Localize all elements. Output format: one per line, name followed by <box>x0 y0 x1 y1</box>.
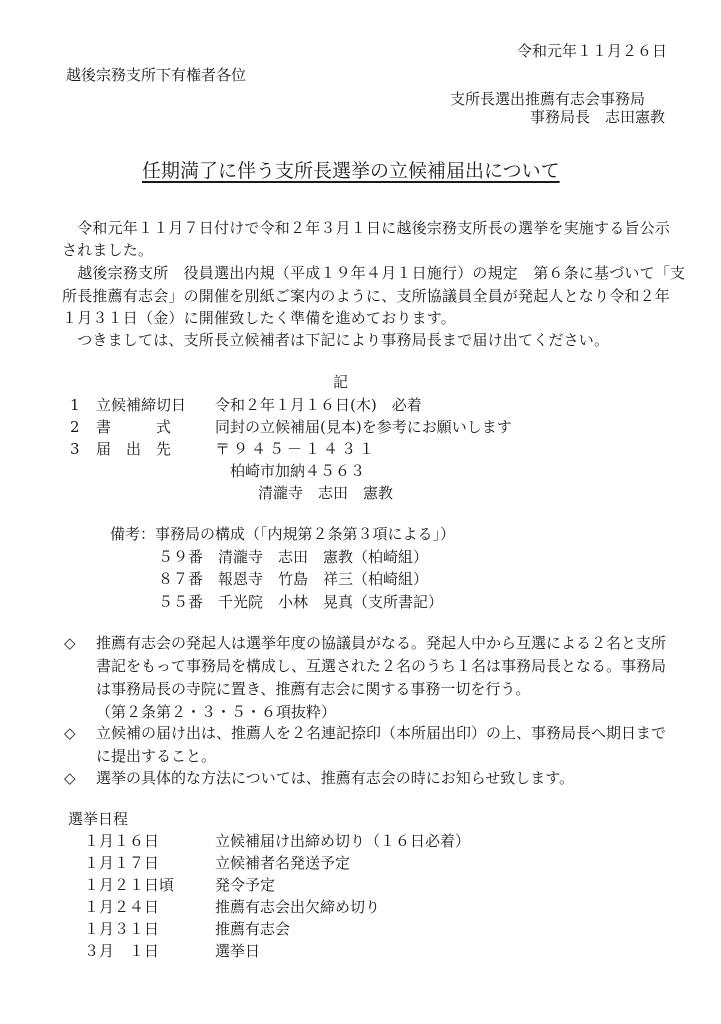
schedule-date: ３月 １日 <box>84 944 159 959</box>
notice-item-label: 届 出 先 <box>96 442 171 457</box>
body-line: 令和元年１１月７日付けで令和２年３月１日に越後宗務支所長の選挙を実施する旨公示 <box>62 221 670 236</box>
notice-item-value: 令和２年１月１６日(木) 必着 <box>215 398 422 413</box>
schedule-date: １月２１日頃 <box>84 878 174 893</box>
sender-name: 事務局長 志田憲教 <box>530 110 665 125</box>
diamond-bullet-icon: ◇ <box>64 771 76 786</box>
schedule-heading: 選挙日程 <box>68 812 128 827</box>
schedule-event: 推薦有志会 <box>215 922 290 937</box>
schedule-date: １月３１日 <box>84 922 159 937</box>
notice-item-label: 書 式 <box>96 420 171 435</box>
notice-item-value: 同封の立候補届(見本)を参考にお願いします <box>215 420 512 435</box>
schedule-event: 推薦有志会出欠締め切り <box>215 900 380 915</box>
remarks-member: ５９番 清瀧寺 志田 憲教（柏崎組） <box>158 550 428 565</box>
notice-item-number: 3 <box>70 442 80 457</box>
notice-heading: 記 <box>333 375 348 390</box>
bullet-line: 立候補の届け出は、推薦人を２名連記捺印（本所届出印）の上、事務局長へ期日まで <box>96 726 666 741</box>
postal-code: 〒９４５－１４３１ <box>215 442 377 457</box>
address-name: 清瀧寺 志田 憲教 <box>258 486 393 501</box>
diamond-bullet-icon: ◇ <box>64 636 76 651</box>
schedule-event: 発令予定 <box>215 878 275 893</box>
body-line: されました。 <box>62 243 153 258</box>
bullet-line: に提出すること。 <box>96 749 216 764</box>
body-line: １月３１日（金）に開催致したく準備を進めております。 <box>62 311 456 326</box>
address-line: 柏崎市加納４５６３ <box>230 464 365 479</box>
bullet-line: 推薦有志会の発起人は選挙年度の協議員がなる。発起人中から互選による２名と支所 <box>96 636 666 651</box>
remarks-member: ５５番 千光院 小林 晃真（支所書記） <box>158 595 443 610</box>
notice-item-number: 2 <box>70 420 80 435</box>
bullet-line: 選挙の具体的な方法については、推薦有志会の時にお知らせ致します。 <box>96 771 574 786</box>
body-line: 所長推薦有志会」の開催を別紙ご案内のように、支所協議員全員が発起人となり令和２年 <box>62 289 670 304</box>
schedule-event: 立候補届け出締め切り（１６日必着） <box>215 834 470 849</box>
document-title: 任期満了に伴う支所長選挙の立候補届出について <box>142 162 560 181</box>
diamond-bullet-icon: ◇ <box>64 726 76 741</box>
bullet-line: 書記をもって事務局を構成し、互選された２名のうち１名は事務局長となる。事務局 <box>96 659 666 674</box>
notice-item-label: 立候補締切日 <box>96 398 186 413</box>
schedule-event: 選挙日 <box>215 944 260 959</box>
bullet-line: （第２条第２・３・５・６項抜粋） <box>96 705 336 720</box>
schedule-date: １月１６日 <box>84 834 159 849</box>
document-date: 令和元年１１月２６日 <box>517 44 667 59</box>
addressee: 越後宗務支所下有権者各位 <box>66 68 246 83</box>
schedule-event: 立候補者名発送予定 <box>215 856 350 871</box>
schedule-date: １月２４日 <box>84 900 159 915</box>
notice-item-number: 1 <box>70 398 80 413</box>
body-line: 越後宗務支所 役員選出内規（平成１９年４月１日施行）の規定 第６条に基づいて「支 <box>62 266 685 281</box>
remarks-member: ８７番 報恩寺 竹島 祥三（柏崎組） <box>158 572 428 587</box>
schedule-date: １月１７日 <box>84 856 159 871</box>
body-line: つきましては、支所長立候補者は下記により事務局長まで届け出てください。 <box>62 333 609 348</box>
bullet-line: は事務局長の寺院に置き、推薦有志会に関する事務一切を行う。 <box>96 682 530 697</box>
remarks-heading: 備考：事務局の構成（「内規第２条第３項による」） <box>110 527 455 542</box>
sender-organization: 支所長選出推薦有志会事務局 <box>450 92 645 107</box>
